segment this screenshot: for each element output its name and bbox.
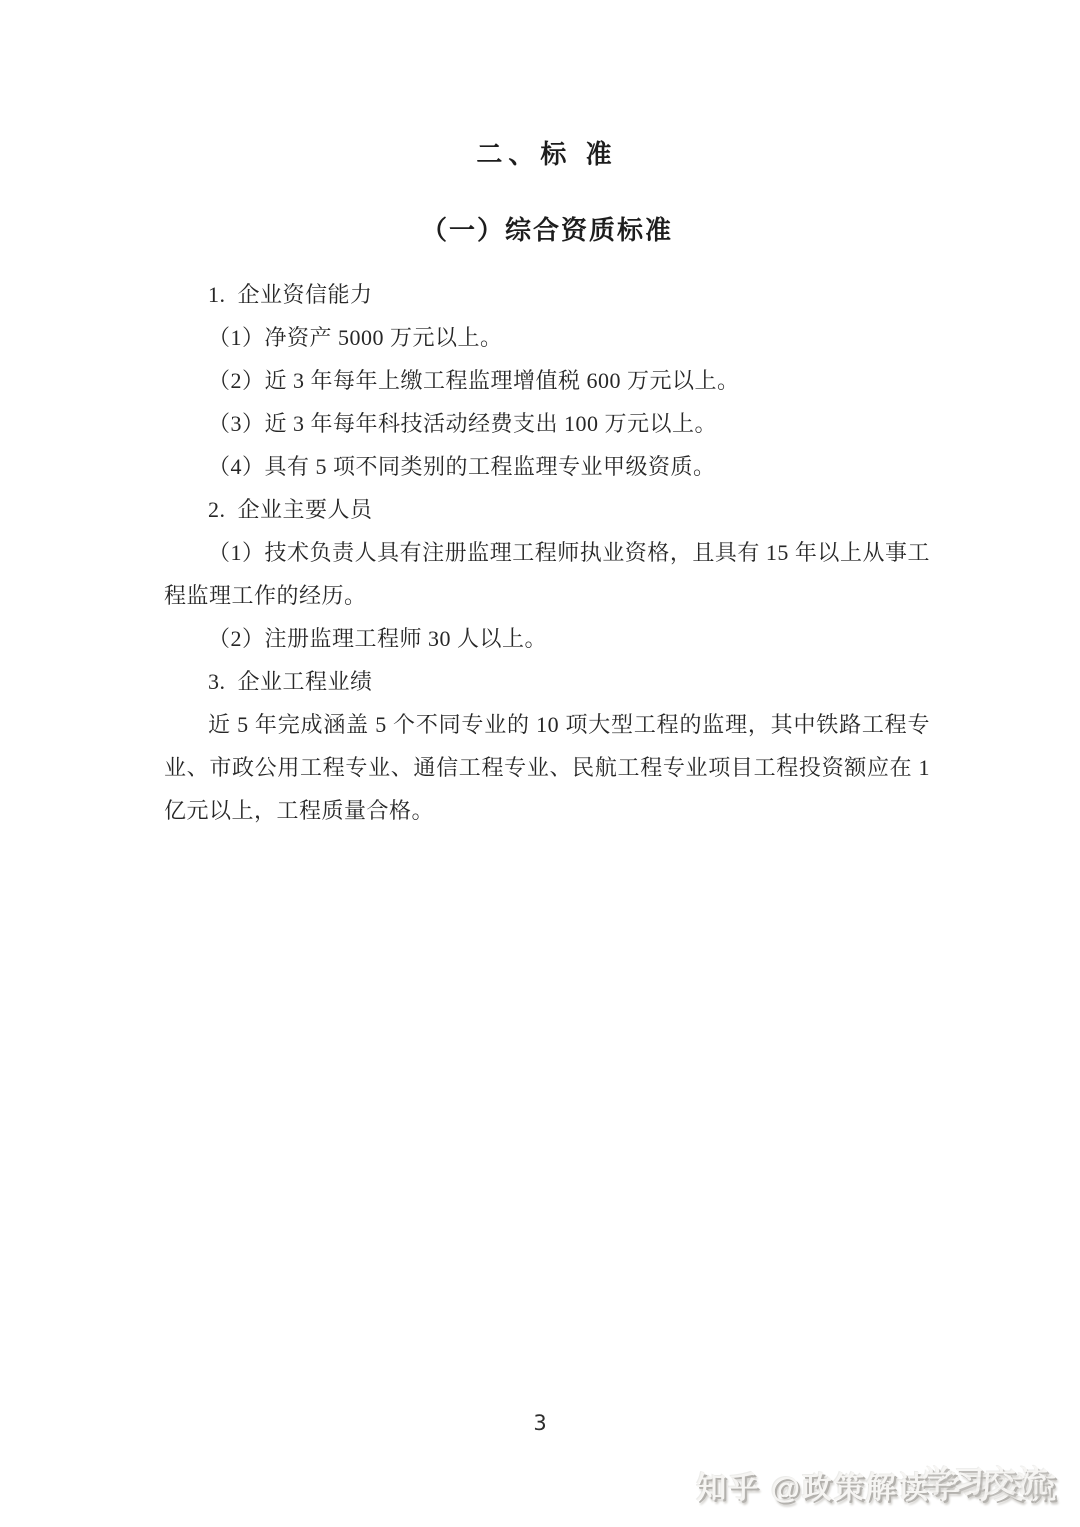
- doc-body: 1. 企业资信能力（1）净资产 5000 万元以上。（2）近 3 年每年上缴工程…: [164, 273, 930, 832]
- doc-subtitle: （一）综合资质标准: [164, 208, 930, 252]
- paragraph-line: 3. 企业工程业绩: [164, 660, 930, 703]
- paragraph-line: （2）近 3 年每年上缴工程监理增值税 600 万元以上。: [164, 359, 930, 402]
- paragraph-line: （4）具有 5 项不同类别的工程监理专业甲级资质。: [164, 445, 930, 488]
- paragraph-line: 2. 企业主要人员: [164, 488, 930, 531]
- page-number: 3: [0, 1411, 1080, 1435]
- document-content: 二、标 准 （一）综合资质标准 1. 企业资信能力（1）净资产 5000 万元以…: [0, 0, 1080, 832]
- paragraph-line: （1）净资产 5000 万元以上。: [164, 316, 930, 359]
- doc-title: 二、标 准: [164, 132, 930, 176]
- document-page: 二、标 准 （一）综合资质标准 1. 企业资信能力（1）净资产 5000 万元以…: [0, 0, 1080, 1527]
- watermark: 知乎 @政策解读学习交流 学习交流: [696, 1463, 1058, 1507]
- paragraph-line: （1）技术负责人具有注册监理工程师执业资格，且具有 15 年以上从事工程监理工作…: [164, 531, 930, 617]
- paragraph-line: 1. 企业资信能力: [164, 273, 930, 316]
- watermark-overlap-text: 学习交流: [922, 1457, 1050, 1501]
- paragraph-line: （3）近 3 年每年科技活动经费支出 100 万元以上。: [164, 402, 930, 445]
- paragraph-line: 近 5 年完成涵盖 5 个不同专业的 10 项大型工程的监理，其中铁路工程专业、…: [164, 703, 930, 832]
- paragraph-line: （2）注册监理工程师 30 人以上。: [164, 617, 930, 660]
